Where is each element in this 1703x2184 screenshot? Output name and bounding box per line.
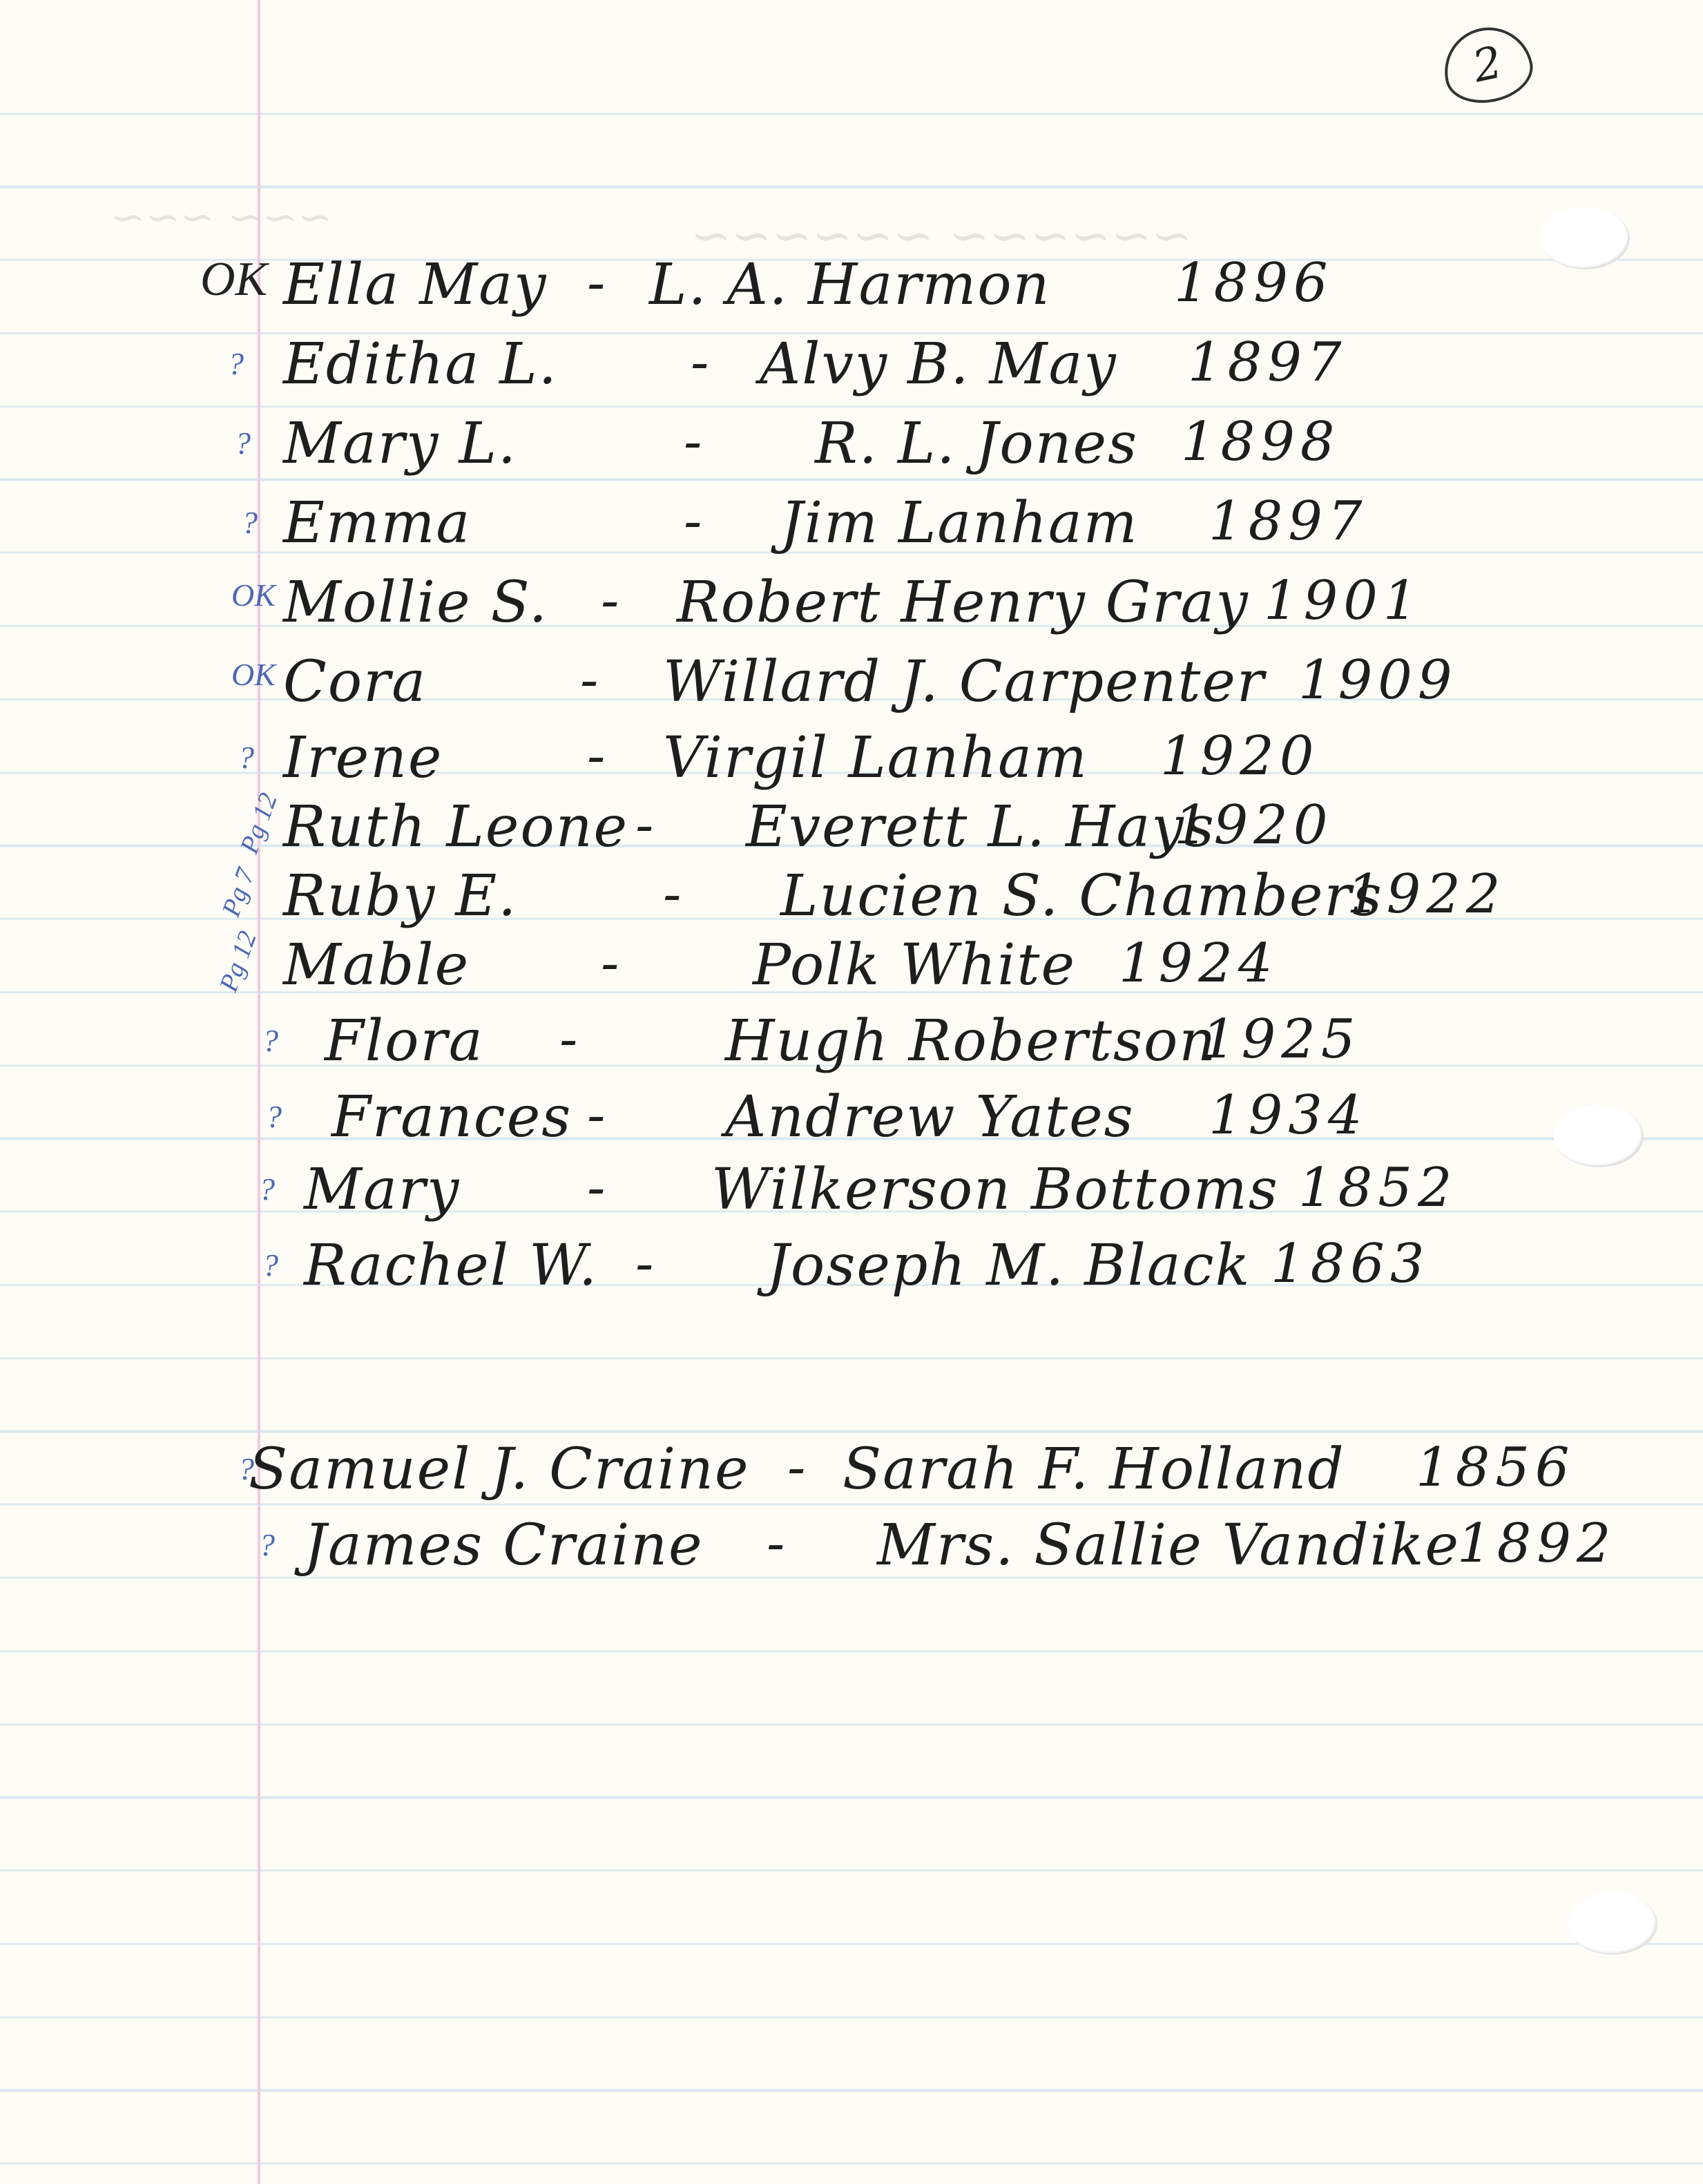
marriage-year: 1897 — [1209, 490, 1368, 553]
question-mark: ? — [259, 1171, 275, 1207]
husband-name: Alvy B. May — [760, 332, 1117, 397]
husband-name: L. A. Harmon — [649, 252, 1050, 318]
separator-dash: - — [601, 570, 619, 632]
separator-dash: - — [587, 1084, 605, 1147]
wife-name: Mable — [283, 932, 470, 998]
husband-name: Willard J. Carpenter — [663, 649, 1265, 715]
marriage-year: 1897 — [1188, 332, 1347, 394]
question-mark: ? — [238, 739, 254, 776]
separator-dash: - — [587, 1157, 605, 1219]
question-mark: ? — [242, 504, 258, 541]
question-mark: ? — [262, 1022, 278, 1059]
separator-dash: - — [767, 1513, 785, 1575]
marriage-year: 1922 — [1347, 863, 1506, 926]
wife-name: Irene — [283, 725, 443, 791]
wife-name: Flora — [325, 1008, 484, 1074]
list-item: ? Editha L. - Alvy B. May 1897 — [0, 325, 1703, 414]
husband-name: Virgil Lanham — [663, 725, 1088, 791]
separator-dash: - — [684, 490, 702, 553]
wife-name: Mary L. — [283, 411, 517, 477]
question-mark: ? — [228, 345, 244, 382]
separator-dash: - — [635, 1233, 653, 1295]
marriage-year: 1920 — [1174, 794, 1334, 856]
punch-hole-mark — [1568, 1893, 1657, 1955]
husband-name: Polk White — [753, 932, 1076, 998]
marriage-year: 1896 — [1174, 252, 1334, 314]
husband-name: Jim Lanham — [780, 490, 1139, 556]
list-item: ? Emma - Jim Lanham 1897 — [0, 483, 1703, 573]
list-item: OK Mollie S. - Robert Henry Gray 1901 — [0, 563, 1703, 653]
separator-dash: - — [587, 725, 605, 787]
page-reference-note: Pg 7 — [216, 864, 262, 921]
marriage-year: 1898 — [1181, 411, 1340, 473]
separator-dash: - — [691, 332, 709, 394]
wife-name: Ruby E. — [283, 863, 517, 929]
husband-name: R. L. Jones — [815, 411, 1138, 477]
marriage-year: 1856 — [1416, 1437, 1575, 1499]
separator-dash: - — [684, 411, 702, 473]
separator-dash: - — [587, 252, 605, 314]
bleed-through-text: ~~~ ~~~ — [110, 193, 332, 242]
marriage-year: 1901 — [1264, 570, 1423, 632]
husband-name: Everett L. Hays — [746, 794, 1215, 860]
wife-name: Ruth Leone — [283, 794, 628, 860]
question-mark: ? — [262, 1247, 278, 1283]
marriage-year: 1920 — [1160, 725, 1320, 787]
wife-name: Mrs. Sallie Vandike — [877, 1513, 1460, 1578]
marriage-year: 1934 — [1209, 1084, 1368, 1147]
marriage-year: 1925 — [1202, 1008, 1361, 1071]
separator-dash: - — [580, 649, 598, 711]
separator-dash: - — [559, 1008, 577, 1071]
wife-name: Cora — [283, 649, 427, 715]
list-item: ? Mary L. - R. L. Jones 1898 — [0, 404, 1703, 494]
list-item: ? Rachel W. - Joseph M. Black 1863 — [0, 1226, 1703, 1316]
wife-name: Mollie S. — [283, 570, 548, 635]
wife-name: Emma — [283, 490, 471, 556]
husband-name: Hugh Robertson — [725, 1008, 1217, 1074]
husband-name: Andrew Yates — [725, 1084, 1135, 1150]
wife-name: Frances — [331, 1084, 572, 1150]
marriage-year: 1892 — [1457, 1513, 1617, 1575]
wife-name: Mary — [304, 1157, 460, 1223]
marriage-year: 1909 — [1298, 649, 1458, 711]
marriage-year: 1852 — [1298, 1157, 1458, 1219]
question-mark: ? — [259, 1526, 275, 1563]
marriage-year: 1863 — [1271, 1233, 1430, 1295]
husband-name: James Craine — [304, 1513, 704, 1578]
wife-name: Sarah F. Holland — [843, 1437, 1345, 1502]
ok-mark: OK — [200, 252, 267, 307]
separator-dash: - — [787, 1437, 805, 1499]
ok-mark: OK — [231, 656, 276, 693]
page-reference-note: Pg 12 — [213, 927, 263, 995]
list-item: OK Ella May - L. A. Harmon 1896 — [0, 245, 1703, 335]
list-item: ? James Craine - Mrs. Sallie Vandike 189… — [0, 1506, 1703, 1596]
husband-name: Wilkerson Bottoms — [711, 1157, 1279, 1223]
page-reference-note: Pg 12 — [234, 789, 284, 857]
wife-name: Rachel W. — [304, 1233, 598, 1299]
question-mark: ? — [266, 1098, 282, 1135]
husband-name: Joseph M. Black — [767, 1233, 1251, 1299]
wife-name: Editha L. — [283, 332, 558, 397]
marriage-year: 1924 — [1119, 932, 1278, 995]
wife-name: Ella May — [283, 252, 547, 318]
husband-name: Lucien S. Chambers — [780, 863, 1383, 929]
separator-dash: - — [601, 932, 619, 995]
husband-name: Robert Henry Gray — [677, 570, 1249, 635]
ok-mark: OK — [231, 577, 276, 613]
question-mark: ? — [235, 425, 251, 461]
separator-dash: - — [635, 794, 653, 856]
separator-dash: - — [663, 863, 681, 926]
husband-name: Samuel J. Craine — [249, 1437, 749, 1502]
